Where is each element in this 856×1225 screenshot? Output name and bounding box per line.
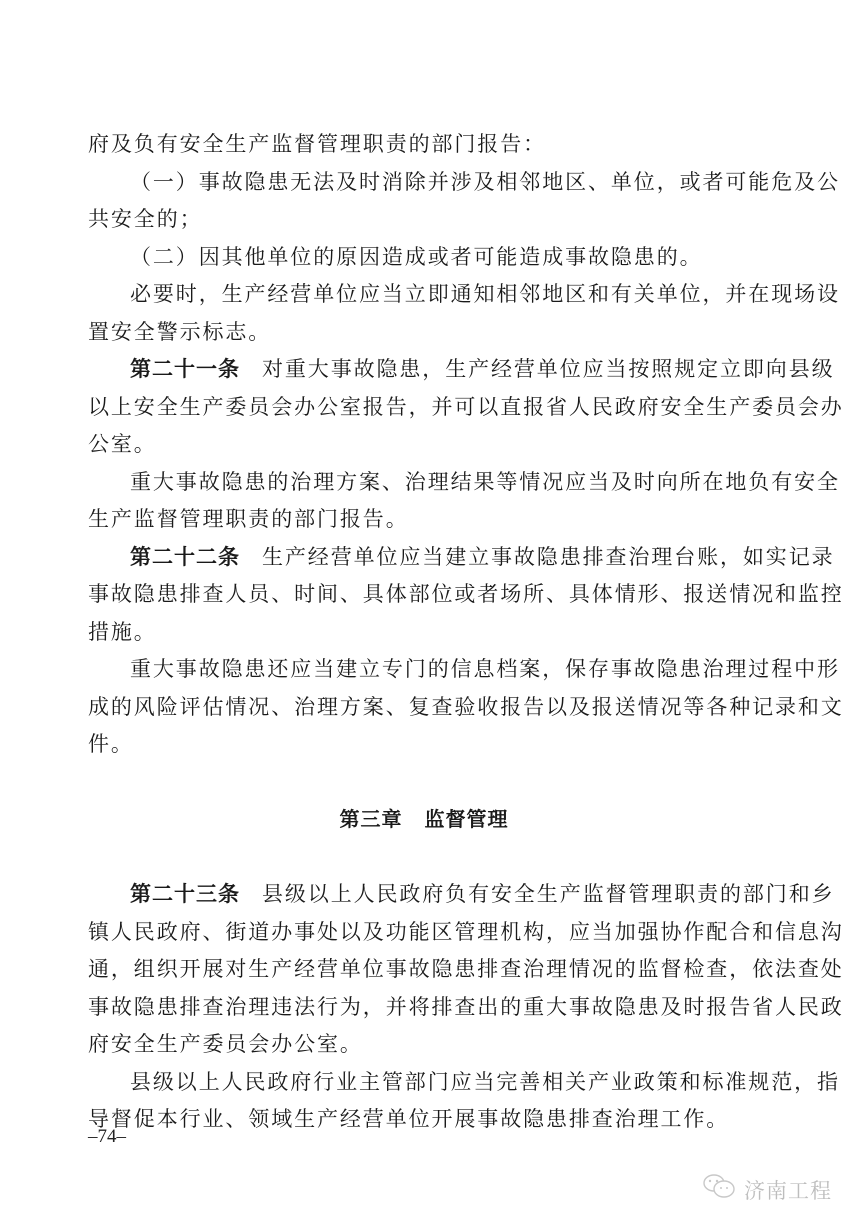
article-22: 第二十二条生产经营单位应当建立事故隐患排查治理台账，如实记录 — [88, 539, 760, 577]
text-line: 生产经营单位应当建立事故隐患排查治理台账，如实记录 — [262, 545, 835, 569]
text-line: （二）因其他单位的原因造成或者可能造成事故隐患的。 — [88, 239, 760, 277]
chapter-number: 第三章 — [340, 807, 403, 831]
watermark: 济南工程 — [702, 1172, 832, 1207]
text-line: 事故隐患排查人员、时间、具体部位或者场所、具体情形、报送情况和监控 — [88, 576, 760, 614]
text-line: 镇人民政府、街道办事处以及功能区管理机构，应当加强协作配合和信息沟 — [88, 914, 760, 952]
document-body: 府及负有安全生产监督管理职责的部门报告： （一）事故隐患无法及时消除并涉及相邻地… — [88, 126, 760, 1139]
chapter-heading: 第三章监督管理 — [88, 801, 760, 839]
text-line: 府及负有安全生产监督管理职责的部门报告： — [88, 126, 760, 164]
text-line: 生产监督管理职责的部门报告。 — [88, 501, 760, 539]
text-line: （一）事故隐患无法及时消除并涉及相邻地区、单位，或者可能危及公 — [88, 164, 760, 202]
chapter-title: 监督管理 — [425, 807, 509, 831]
article-23: 第二十三条县级以上人民政府负有安全生产监督管理职责的部门和乡 — [88, 876, 760, 914]
text-line: 以上安全生产委员会办公室报告，并可以直报省人民政府安全生产委员会办 — [88, 389, 760, 427]
text-line: 置安全警示标志。 — [88, 314, 760, 352]
page-number: –74– — [88, 1126, 126, 1148]
text-line: 县级以上人民政府负有安全生产监督管理职责的部门和乡 — [262, 882, 835, 906]
text-line: 措施。 — [88, 614, 760, 652]
article-21: 第二十一条对重大事故隐患，生产经营单位应当按照规定立即向县级 — [88, 351, 760, 389]
watermark-text: 济南工程 — [744, 1175, 832, 1205]
text-line: 县级以上人民政府行业主管部门应当完善相关产业政策和标准规范，指 — [88, 1064, 760, 1102]
text-line: 府安全生产委员会办公室。 — [88, 1026, 760, 1064]
wechat-icon — [702, 1172, 738, 1207]
article-label: 第二十二条 — [130, 545, 240, 569]
text-line: 成的风险评估情况、治理方案、复查验收报告以及报送情况等各种记录和文 — [88, 689, 760, 727]
text-line: 导督促本行业、领域生产经营单位开展事故隐患排查治理工作。 — [88, 1101, 760, 1139]
text-line: 对重大事故隐患，生产经营单位应当按照规定立即向县级 — [262, 357, 835, 381]
text-line: 必要时，生产经营单位应当立即通知相邻地区和有关单位，并在现场设 — [88, 276, 760, 314]
article-label: 第二十三条 — [130, 882, 240, 906]
text-line: 通，组织开展对生产经营单位事故隐患排查治理情况的监督检查，依法查处 — [88, 951, 760, 989]
text-line: 公室。 — [88, 426, 760, 464]
text-line: 重大事故隐患的治理方案、治理结果等情况应当及时向所在地负有安全 — [88, 464, 760, 502]
text-line: 事故隐患排查治理违法行为，并将排查出的重大事故隐患及时报告省人民政 — [88, 989, 760, 1027]
text-line: 重大事故隐患还应当建立专门的信息档案，保存事故隐患治理过程中形 — [88, 651, 760, 689]
text-line: 件。 — [88, 726, 760, 764]
text-line: 共安全的； — [88, 201, 760, 239]
article-label: 第二十一条 — [130, 357, 240, 381]
